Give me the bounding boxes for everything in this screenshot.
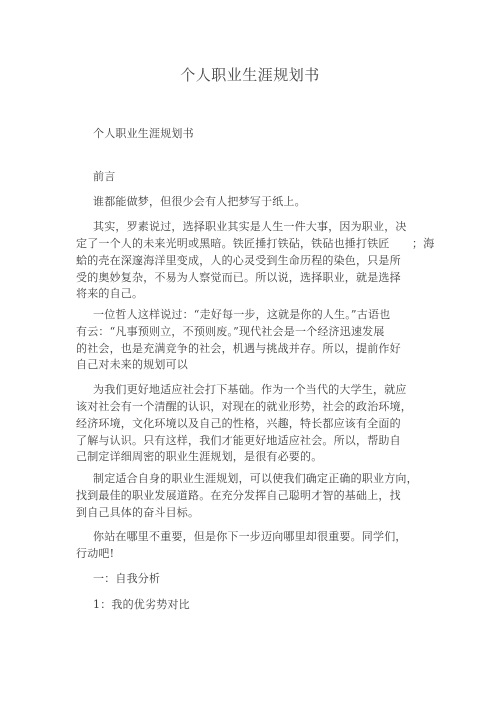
paragraph-3-line-4: 自己对未来的规划可以	[76, 356, 188, 372]
paragraph-4-line-3: 经济环境，文化环境以及自己的性格，兴趣，特长都应该有全面的	[76, 415, 401, 431]
paragraph-6-line-1: 你站在哪里不重要，但是你下一步迈向哪里却很重要。同学们，	[93, 528, 407, 544]
section-heading: 一：自我分析	[93, 570, 160, 586]
document-title: 个人职业生涯规划书	[0, 64, 500, 85]
paragraph-3-line-2: 有云：“凡事预则立，不预则废。”现代社会是一个经济迅速发展	[76, 323, 385, 339]
paragraph-5-line-2: 找到最佳的职业发展道路。在充分发挥自己聪明才智的基础上，找	[76, 487, 401, 503]
paragraph-2-line-5: 将来的自己。	[76, 285, 143, 301]
paragraph-2-line-3: 蛤的壳在深邃海洋里变成，人的心灵受到生命历程的染色，只是所	[76, 252, 401, 268]
subsection-heading: 1：我的优劣势对比	[93, 596, 190, 612]
paragraph-4-line-4: 了解与认识。只有这样，我们才能更好地适应社会。所以，帮助自	[76, 432, 401, 448]
paragraph-1-line-1: 谁都能做梦，但很少会有人把梦写于纸上。	[93, 193, 306, 209]
paragraph-2-line-1: 其实，罗素说过，选择职业其实是人生一件大事，因为职业，决	[93, 218, 407, 234]
preface-heading: 前言	[93, 168, 115, 184]
paragraph-4-line-1: 为我们更好地适应社会打下基础。作为一个当代的大学生，就应	[93, 381, 407, 397]
document-subtitle: 个人职业生涯规划书	[93, 125, 194, 141]
document-page: 个人职业生涯规划书 个人职业生涯规划书 前言 谁都能做梦，但很少会有人把梦写于纸…	[0, 0, 500, 708]
paragraph-3-line-3: 的社会，也是充满竞争的社会，机遇与挑战并存。所以，提前作好	[76, 340, 401, 356]
paragraph-5-line-3: 到自己具体的奋斗目标。	[76, 504, 199, 520]
paragraph-5-line-1: 制定适合自身的职业生涯规划，可以使我们确定正确的职业方向，	[93, 470, 418, 486]
paragraph-6-line-2: 行动吧!	[76, 545, 114, 561]
paragraph-4-line-5: 己制定详细周密的职业生涯规划，是很有必要的。	[76, 448, 322, 464]
paragraph-4-line-2: 该对社会有一个清醒的认识，对现在的就业形势，社会的政治环境，	[76, 398, 412, 414]
paragraph-3-line-1: 一位哲人这样说过：“走好每一步，这就是你的人生。”古语也	[93, 306, 390, 322]
paragraph-2-line-4: 受的奥妙复杂，不易为人察觉而已。所以说，选择职业，就是选择	[76, 269, 401, 285]
paragraph-2-line-2: 定了一个人的未来光明或黑暗。铁匠捶打铁砧，铁砧也捶打铁匠 ；海	[76, 235, 434, 251]
